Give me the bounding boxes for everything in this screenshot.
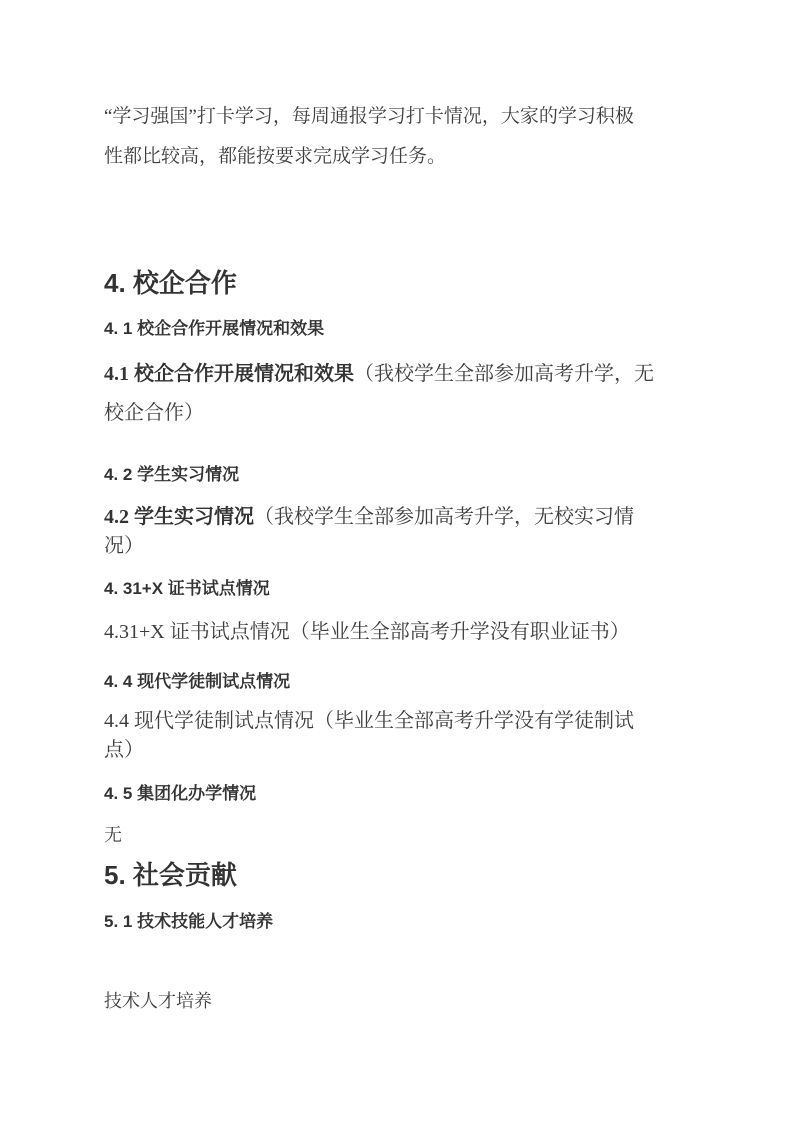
paragraph-4-5-none: 无 (104, 822, 704, 848)
text-line: 4. 2 学生实习情况 (104, 463, 704, 487)
text-line: 无 (104, 822, 704, 848)
text-segment: 5. 社会贡献 (104, 860, 237, 890)
text-segment: 无 (104, 825, 122, 845)
text-segment: 4. 2 学生实习情况 (104, 465, 239, 484)
text-line: 5. 社会贡献 (104, 858, 704, 892)
text-segment: 技术人才培养 (104, 991, 212, 1011)
subheading-4-2-student-internship: 4. 2 学生实习情况 (104, 463, 704, 487)
text-line: 4. 1 校企合作开展情况和效果 (104, 317, 704, 341)
text-line: 4.1 校企合作开展情况和效果（我校学生全部参加高考升学，无 (104, 355, 704, 394)
text-line: 4.2 学生实习情况（我校学生全部参加高考升学，无校实习情 (104, 503, 704, 532)
subheading-4-1-cooperation-status: 4. 1 校企合作开展情况和效果 (104, 317, 704, 341)
text-segment: 5. 1 技术技能人才培养 (104, 912, 273, 931)
text-segment: 4. 31+X 证书试点情况 (104, 579, 270, 598)
text-line: 点） (104, 736, 704, 765)
paragraph-learning-platform: “学习强国”打卡学习，每周通报学习打卡情况，大家的学习积极性都比较高，都能按要求… (104, 97, 704, 177)
text-line: 性都比较高，都能按要求完成学习任务。 (104, 137, 704, 177)
text-line: 况） (104, 532, 704, 561)
text-segment: “学习强国”打卡学习，每周通报学习打卡情况，大家的学习积极 (104, 106, 634, 127)
paragraph-4-1-cooperation-status: 4.1 校企合作开展情况和效果（我校学生全部参加高考升学，无校企合作） (104, 355, 704, 433)
paragraph-technical-talent-training: 技术人才培养 (104, 988, 704, 1014)
text-segment: 4. 1 校企合作开展情况和效果 (104, 319, 324, 338)
text-segment: （我校学生全部参加高考升学，无 (354, 363, 654, 385)
text-line: 4.4 现代学徒制试点情况（毕业生全部高考升学没有学徒制试 (104, 707, 704, 736)
text-segment: 4. 5 集团化办学情况 (104, 784, 256, 803)
text-line: 4. 5 集团化办学情况 (104, 782, 704, 806)
text-segment: 4.2 学生实习情况 (104, 506, 254, 528)
text-segment: 性都比较高，都能按要求完成学习任务。 (104, 146, 446, 167)
text-line: 4. 4 现代学徒制试点情况 (104, 670, 704, 694)
document-page: “学习强国”打卡学习，每周通报学习打卡情况，大家的学习积极性都比较高，都能按要求… (0, 0, 800, 1131)
paragraph-4-2-student-internship: 4.2 学生实习情况（我校学生全部参加高考升学，无校实习情况） (104, 503, 704, 561)
text-line: “学习强国”打卡学习，每周通报学习打卡情况，大家的学习积极 (104, 97, 704, 137)
text-line: 技术人才培养 (104, 988, 704, 1014)
heading-section-4-school-enterprise-cooperation: 4. 校企合作 (104, 266, 704, 300)
text-segment: 况） (104, 535, 144, 557)
text-segment: 4. 校企合作 (104, 268, 237, 298)
paragraph-4-4-modern-apprenticeship-pilot: 4.4 现代学徒制试点情况（毕业生全部高考升学没有学徒制试点） (104, 707, 704, 765)
text-line: 4. 31+X 证书试点情况 (104, 577, 704, 601)
text-line: 4. 校企合作 (104, 266, 704, 300)
subheading-5-1-technical-talent-training: 5. 1 技术技能人才培养 (104, 910, 704, 934)
text-segment: 4.4 现代学徒制试点情况（毕业生全部高考升学没有学徒制试 (104, 710, 634, 732)
text-segment: 4.31+X 证书试点情况（毕业生全部高考升学没有职业证书） (104, 621, 630, 643)
text-segment: （我校学生全部参加高考升学，无校实习情 (254, 506, 634, 528)
text-segment: 4.1 校企合作开展情况和效果 (104, 363, 354, 385)
subheading-4-5-group-schooling: 4. 5 集团化办学情况 (104, 782, 704, 806)
text-line: 5. 1 技术技能人才培养 (104, 910, 704, 934)
subheading-4-3-1x-certificate-pilot: 4. 31+X 证书试点情况 (104, 577, 704, 601)
text-segment: 点） (104, 739, 144, 761)
subheading-4-4-modern-apprenticeship-pilot: 4. 4 现代学徒制试点情况 (104, 670, 704, 694)
paragraph-4-3-1x-certificate-pilot: 4.31+X 证书试点情况（毕业生全部高考升学没有职业证书） (104, 618, 704, 647)
text-segment: 4. 4 现代学徒制试点情况 (104, 672, 290, 691)
text-line: 4.31+X 证书试点情况（毕业生全部高考升学没有职业证书） (104, 618, 704, 647)
heading-section-5-social-contribution: 5. 社会贡献 (104, 858, 704, 892)
text-segment: 校企合作） (104, 402, 204, 424)
text-line: 校企合作） (104, 394, 704, 433)
